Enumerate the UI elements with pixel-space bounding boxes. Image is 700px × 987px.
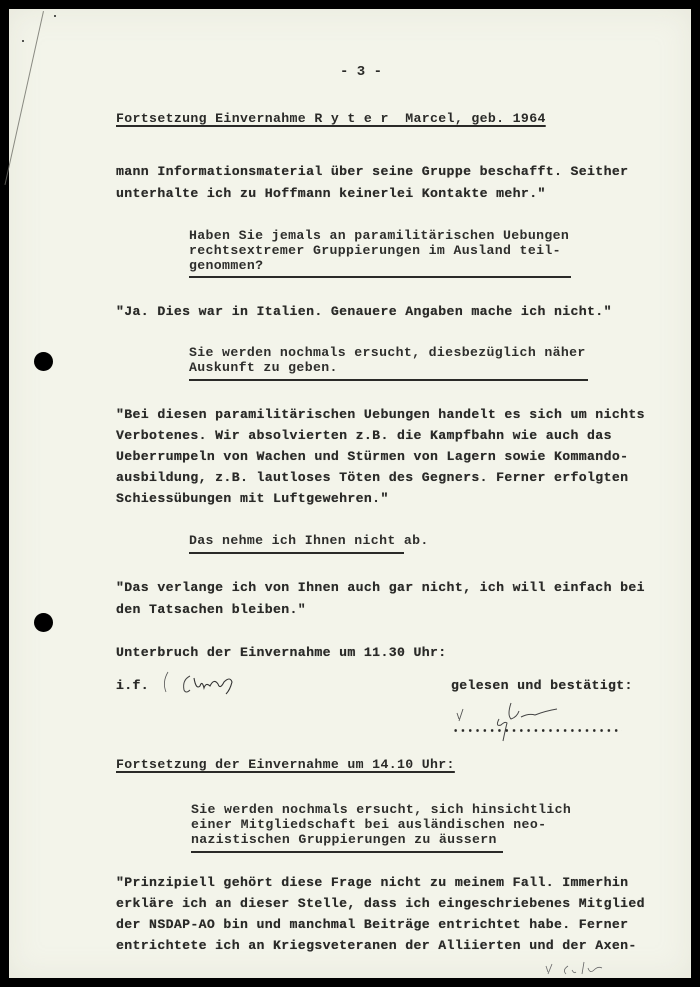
question-line: einer Mitgliedschaft bei ausländischen n…	[191, 818, 546, 831]
answer-line: Verbotenes. Wir absolvierten z.B. die Ka…	[116, 429, 612, 442]
punch-hole-bottom	[34, 613, 53, 632]
handwritten-initials-footer	[540, 958, 620, 978]
answer-line: "Das verlange ich von Ihnen auch gar nic…	[116, 581, 645, 594]
page-number: - 3 -	[340, 64, 382, 80]
question-line: genommen?	[189, 259, 263, 272]
answer-line: entrichtete ich an Kriegsveteranen der A…	[116, 939, 637, 952]
handwritten-signature-right	[445, 697, 585, 745]
question-line: Auskunft zu geben.	[189, 361, 338, 374]
paragraph-line: mann Informationsmaterial über seine Gru…	[116, 165, 628, 178]
question-underline	[189, 379, 588, 381]
answer-line: erkläre ich an dieser Stelle, dass ich e…	[116, 897, 645, 910]
answer-line: Schiessübungen mit Luftgewehren."	[116, 492, 389, 505]
answer-line: den Tatsachen bleiben."	[116, 603, 306, 616]
signature-label-right: gelesen und bestätigt:	[451, 679, 633, 692]
question-underline	[189, 276, 571, 278]
answer-line: "Bei diesen paramilitärischen Uebungen h…	[116, 408, 645, 421]
pencil-margin-line	[4, 11, 44, 185]
signature-dotted-line	[452, 729, 622, 732]
paragraph-line: unterhalte ich zu Hoffmann keinerlei Kon…	[116, 187, 546, 200]
paper-speck	[22, 40, 24, 42]
answer-line: Ueberrumpeln von Wachen und Stürmen von …	[116, 450, 628, 463]
paper-speck	[54, 15, 56, 17]
continuation-heading: Fortsetzung der Einvernahme um 14.10 Uhr…	[116, 757, 455, 772]
question-line: Haben Sie jemals an paramilitärischen Ue…	[189, 229, 569, 242]
answer-line: der NSDAP-AO bin und manchmal Beiträge e…	[116, 918, 628, 931]
punch-hole-top	[34, 352, 53, 371]
question-line: Sie werden nochmals ersucht, sich hinsic…	[191, 803, 571, 816]
question-line: rechtsextremer Gruppierungen im Ausland …	[189, 244, 561, 257]
signature-label-left: i.f.	[116, 679, 149, 692]
question-line: nazistischen Gruppierungen zu äussern	[191, 833, 497, 846]
question-underline	[191, 851, 503, 853]
question-underline	[189, 552, 404, 554]
document-heading: Fortsetzung Einvernahme R y t e r Marcel…	[116, 111, 546, 126]
answer-line: ausbildung, z.B. lautloses Töten des Geg…	[116, 471, 628, 484]
answer-line: "Prinzipiell gehört diese Frage nicht zu…	[116, 876, 628, 889]
answer-line: "Ja. Dies war in Italien. Genauere Angab…	[116, 305, 612, 318]
question-line: Sie werden nochmals ersucht, diesbezügli…	[189, 346, 586, 359]
question-line: Das nehme ich Ihnen nicht ab.	[189, 534, 429, 547]
interruption-note: Unterbruch der Einvernahme um 11.30 Uhr:	[116, 646, 447, 659]
handwritten-signature-left	[160, 668, 280, 698]
